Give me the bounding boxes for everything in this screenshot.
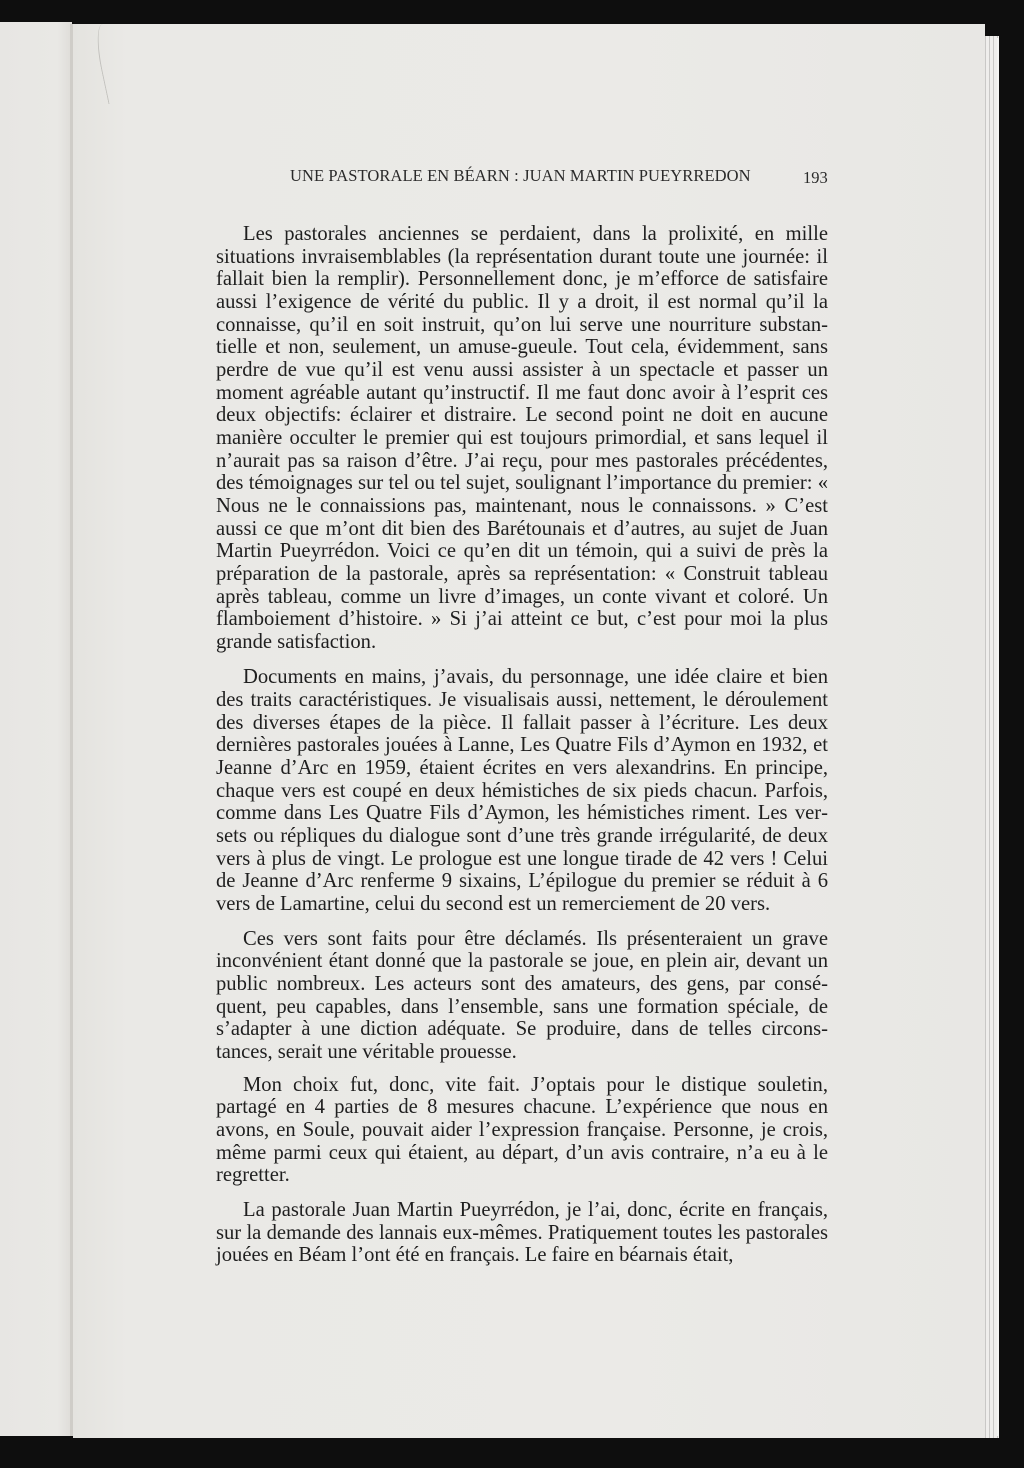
page-number: 193 (803, 168, 828, 188)
paragraph: Les pastorales anciennes se perdaient, d… (216, 223, 828, 653)
paragraph: Ces vers sont faits pour être déclamés. … (216, 928, 828, 1064)
paragraph: Documents en mains, j’avais, du personna… (216, 666, 828, 915)
left-page-edge (0, 22, 72, 1436)
paragraph: Mon choix fut, donc, vite fait. J’optais… (216, 1074, 828, 1187)
running-head: UNE PASTORALE EN BÉARN : JUAN MARTIN PUE… (290, 166, 751, 186)
page-stack-highlight (997, 38, 999, 1436)
paragraph: La pastorale Juan Martin Pueyrrédon, je … (216, 1199, 828, 1267)
body-text: Les pastorales anciennes se perdaient, d… (216, 223, 828, 1267)
